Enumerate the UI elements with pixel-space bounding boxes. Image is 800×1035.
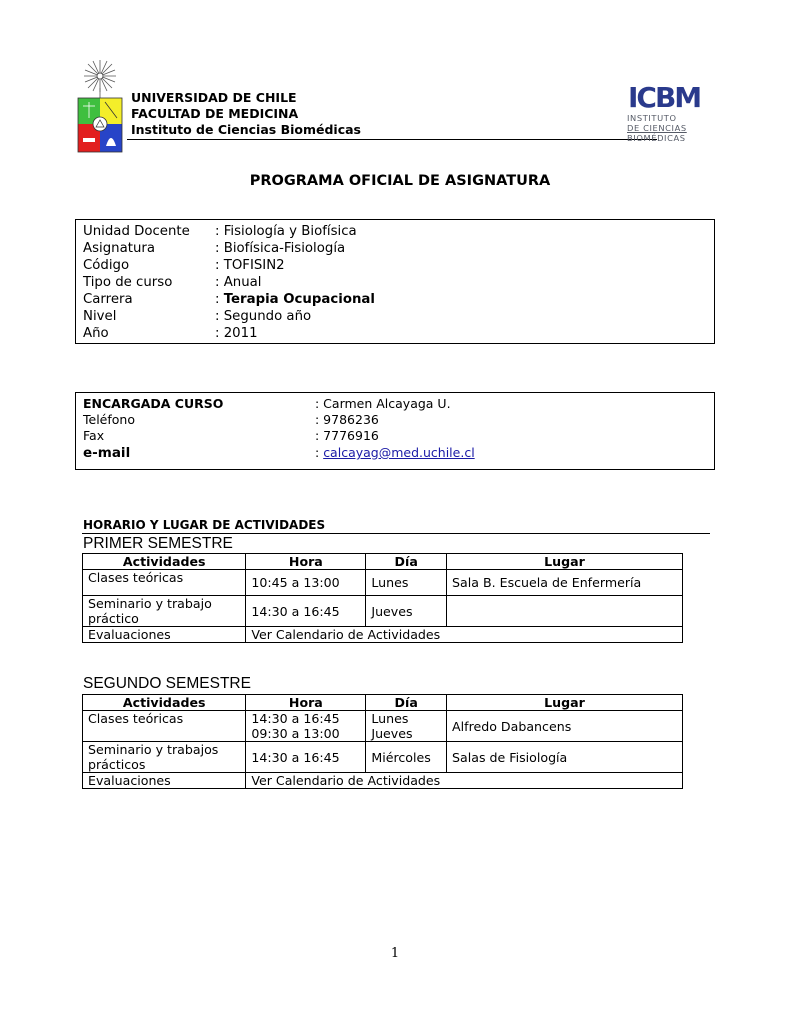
table-row: Seminario y trabajos prácticos 14:30 a 1… bbox=[83, 742, 683, 773]
primer-semestre-table: Actividades Hora Día Lugar Clases teóric… bbox=[82, 553, 683, 643]
table-row: Clases teóricas 14:30 a 16:4509:30 a 13:… bbox=[83, 711, 683, 742]
table-header-row: Actividades Hora Día Lugar bbox=[83, 554, 683, 570]
segundo-semestre-table: Actividades Hora Día Lugar Clases teóric… bbox=[82, 694, 683, 789]
universidad-de-chile-logo-icon bbox=[77, 58, 123, 154]
table-row: Seminario y trabajo práctico 14:30 a 16:… bbox=[83, 596, 683, 627]
segundo-semestre-title: SEGUNDO SEMESTRE bbox=[83, 675, 251, 693]
schedule-rule bbox=[82, 533, 710, 534]
schedule-title: HORARIO Y LUGAR DE ACTIVIDADES bbox=[83, 518, 325, 532]
icbm-sub-1: INSTITUTO bbox=[627, 113, 677, 123]
page-number: 1 bbox=[0, 946, 790, 961]
icbm-sub-3: BIOMÉDICAS bbox=[627, 133, 686, 143]
svg-text:ICBM: ICBM bbox=[628, 82, 700, 112]
table-row: Clases teóricas 10:45 a 13:00 Lunes Sala… bbox=[83, 570, 683, 596]
header-rule bbox=[127, 139, 657, 140]
header-university: UNIVERSIDAD DE CHILE bbox=[131, 90, 297, 106]
course-info-box: Unidad Docente : Fisiología y Biofísica … bbox=[75, 219, 715, 344]
table-header-row: Actividades Hora Día Lugar bbox=[83, 695, 683, 711]
carrera-value: Terapia Ocupacional bbox=[224, 292, 375, 307]
course-contact-box: ENCARGADA CURSO : Carmen Alcayaga U. Tel… bbox=[75, 392, 715, 470]
header-faculty: FACULTAD DE MEDICINA bbox=[131, 106, 298, 122]
document-title: PROGRAMA OFICIAL DE ASIGNATURA bbox=[0, 173, 800, 189]
table-row: Evaluaciones Ver Calendario de Actividad… bbox=[83, 627, 683, 643]
icbm-logo-icon: ICBM INSTITUTO DE CIENCIAS BIOMÉDICAS bbox=[626, 82, 720, 146]
primer-semestre-title: PRIMER SEMESTRE bbox=[83, 535, 233, 553]
email-link[interactable]: calcayag@med.uchile.cl bbox=[323, 445, 474, 460]
table-row: Evaluaciones Ver Calendario de Actividad… bbox=[83, 773, 683, 789]
icbm-sub-2: DE CIENCIAS bbox=[627, 123, 687, 133]
header-institute: Instituto de Ciencias Biomédicas bbox=[131, 122, 361, 138]
